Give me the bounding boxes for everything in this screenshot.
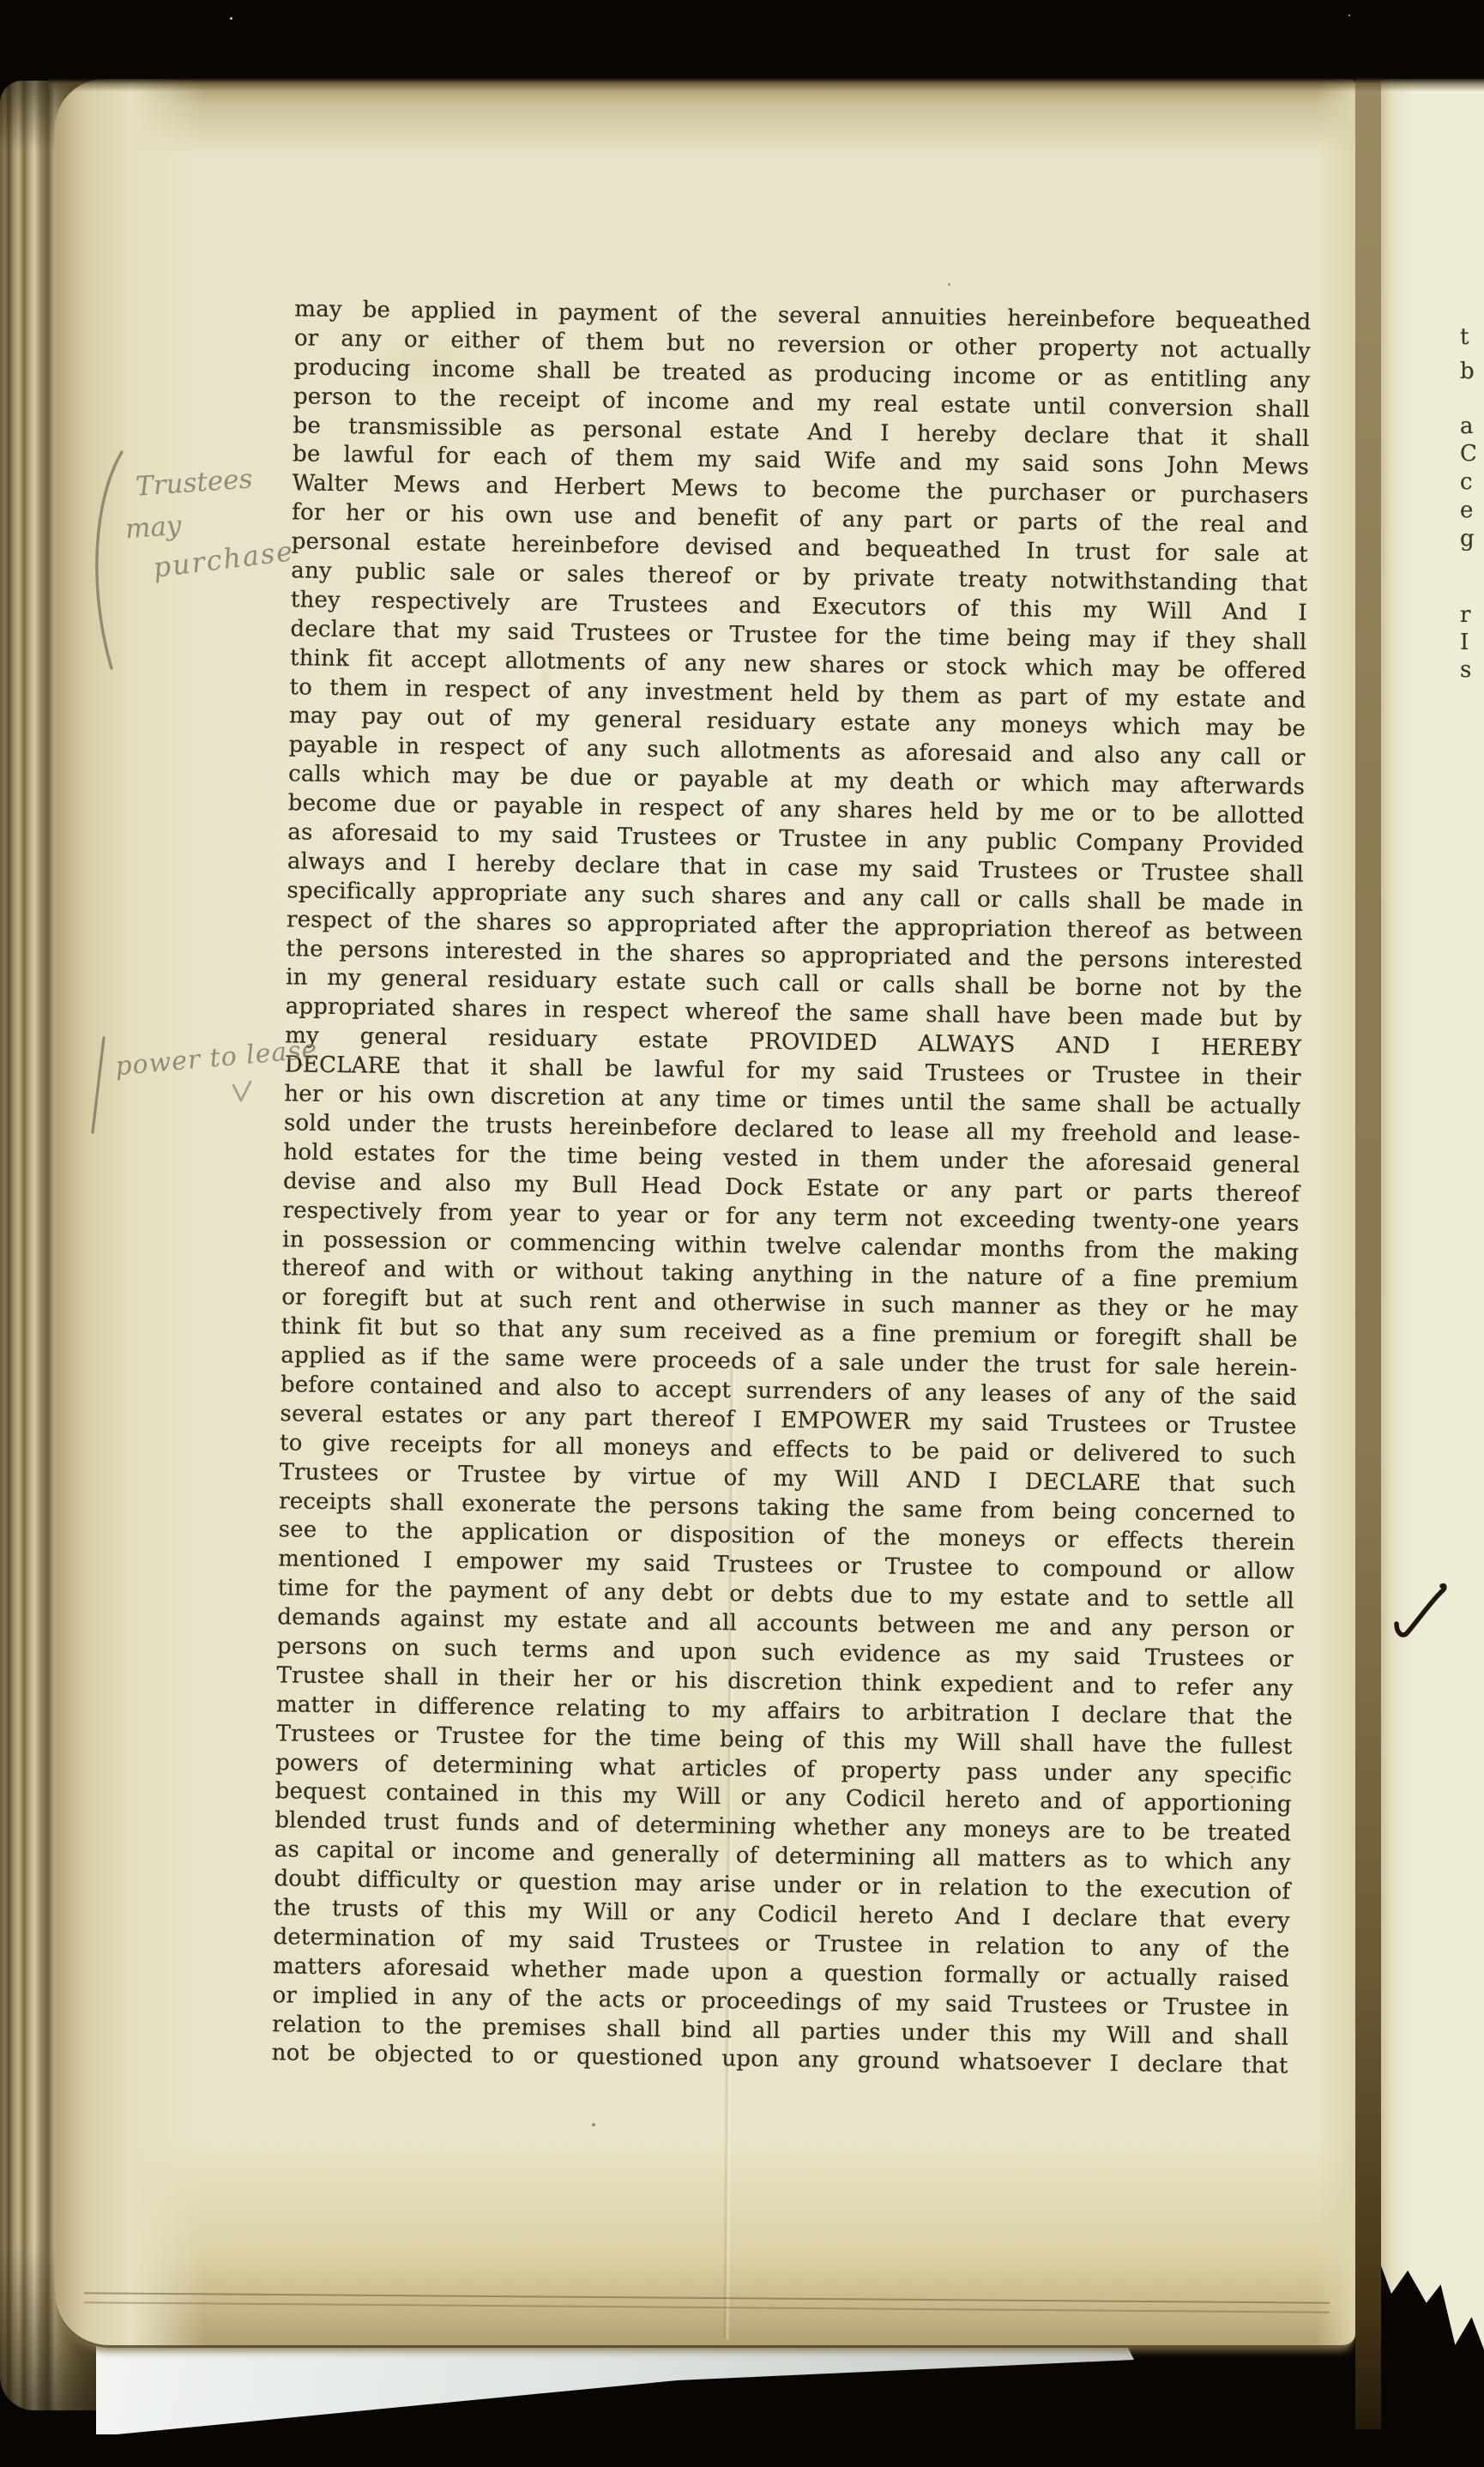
- facing-page-letter-fragment: b: [1460, 358, 1475, 386]
- facing-page-letter-fragment: t: [1460, 323, 1469, 352]
- margin-note-may: may: [124, 510, 183, 545]
- ink-checkmark-icon: [1390, 1583, 1457, 1650]
- dust-speck: [948, 283, 950, 286]
- facing-page-letter-fragment: c: [1460, 468, 1473, 497]
- binding-gap: [1355, 77, 1381, 2429]
- pencil-vee-mark-icon: [230, 1079, 254, 1105]
- facing-page-letter-fragment: r: [1460, 601, 1470, 630]
- facing-page-letter-fragment: s: [1460, 656, 1471, 685]
- page-top-rim-shadow: [48, 69, 1484, 92]
- facing-page-letter-fragment: I: [1460, 629, 1469, 657]
- pencil-bracket-icon: [86, 449, 127, 679]
- will-page: may be applied in payment of the several…: [55, 79, 1355, 2348]
- facing-page-letter-fragment: a: [1460, 413, 1474, 441]
- dust-speck: [1251, 1786, 1253, 1788]
- dust-speck: [592, 2123, 595, 2126]
- facing-page-letter-fragment: e: [1460, 497, 1473, 525]
- will-text-block: may be applied in payment of the several…: [272, 295, 1312, 2082]
- facing-page-letter-fragment: g: [1460, 525, 1475, 553]
- page-bottom-crease: [84, 2292, 1330, 2313]
- dust-speck: [487, 1208, 491, 1211]
- pencil-stroke-icon: [87, 1034, 108, 1137]
- dust-speck: [230, 17, 232, 20]
- scanned-book-spread: may be applied in payment of the several…: [0, 0, 1484, 2467]
- facing-page-letter-fragment: C: [1460, 440, 1477, 468]
- dust-speck: [1348, 15, 1350, 16]
